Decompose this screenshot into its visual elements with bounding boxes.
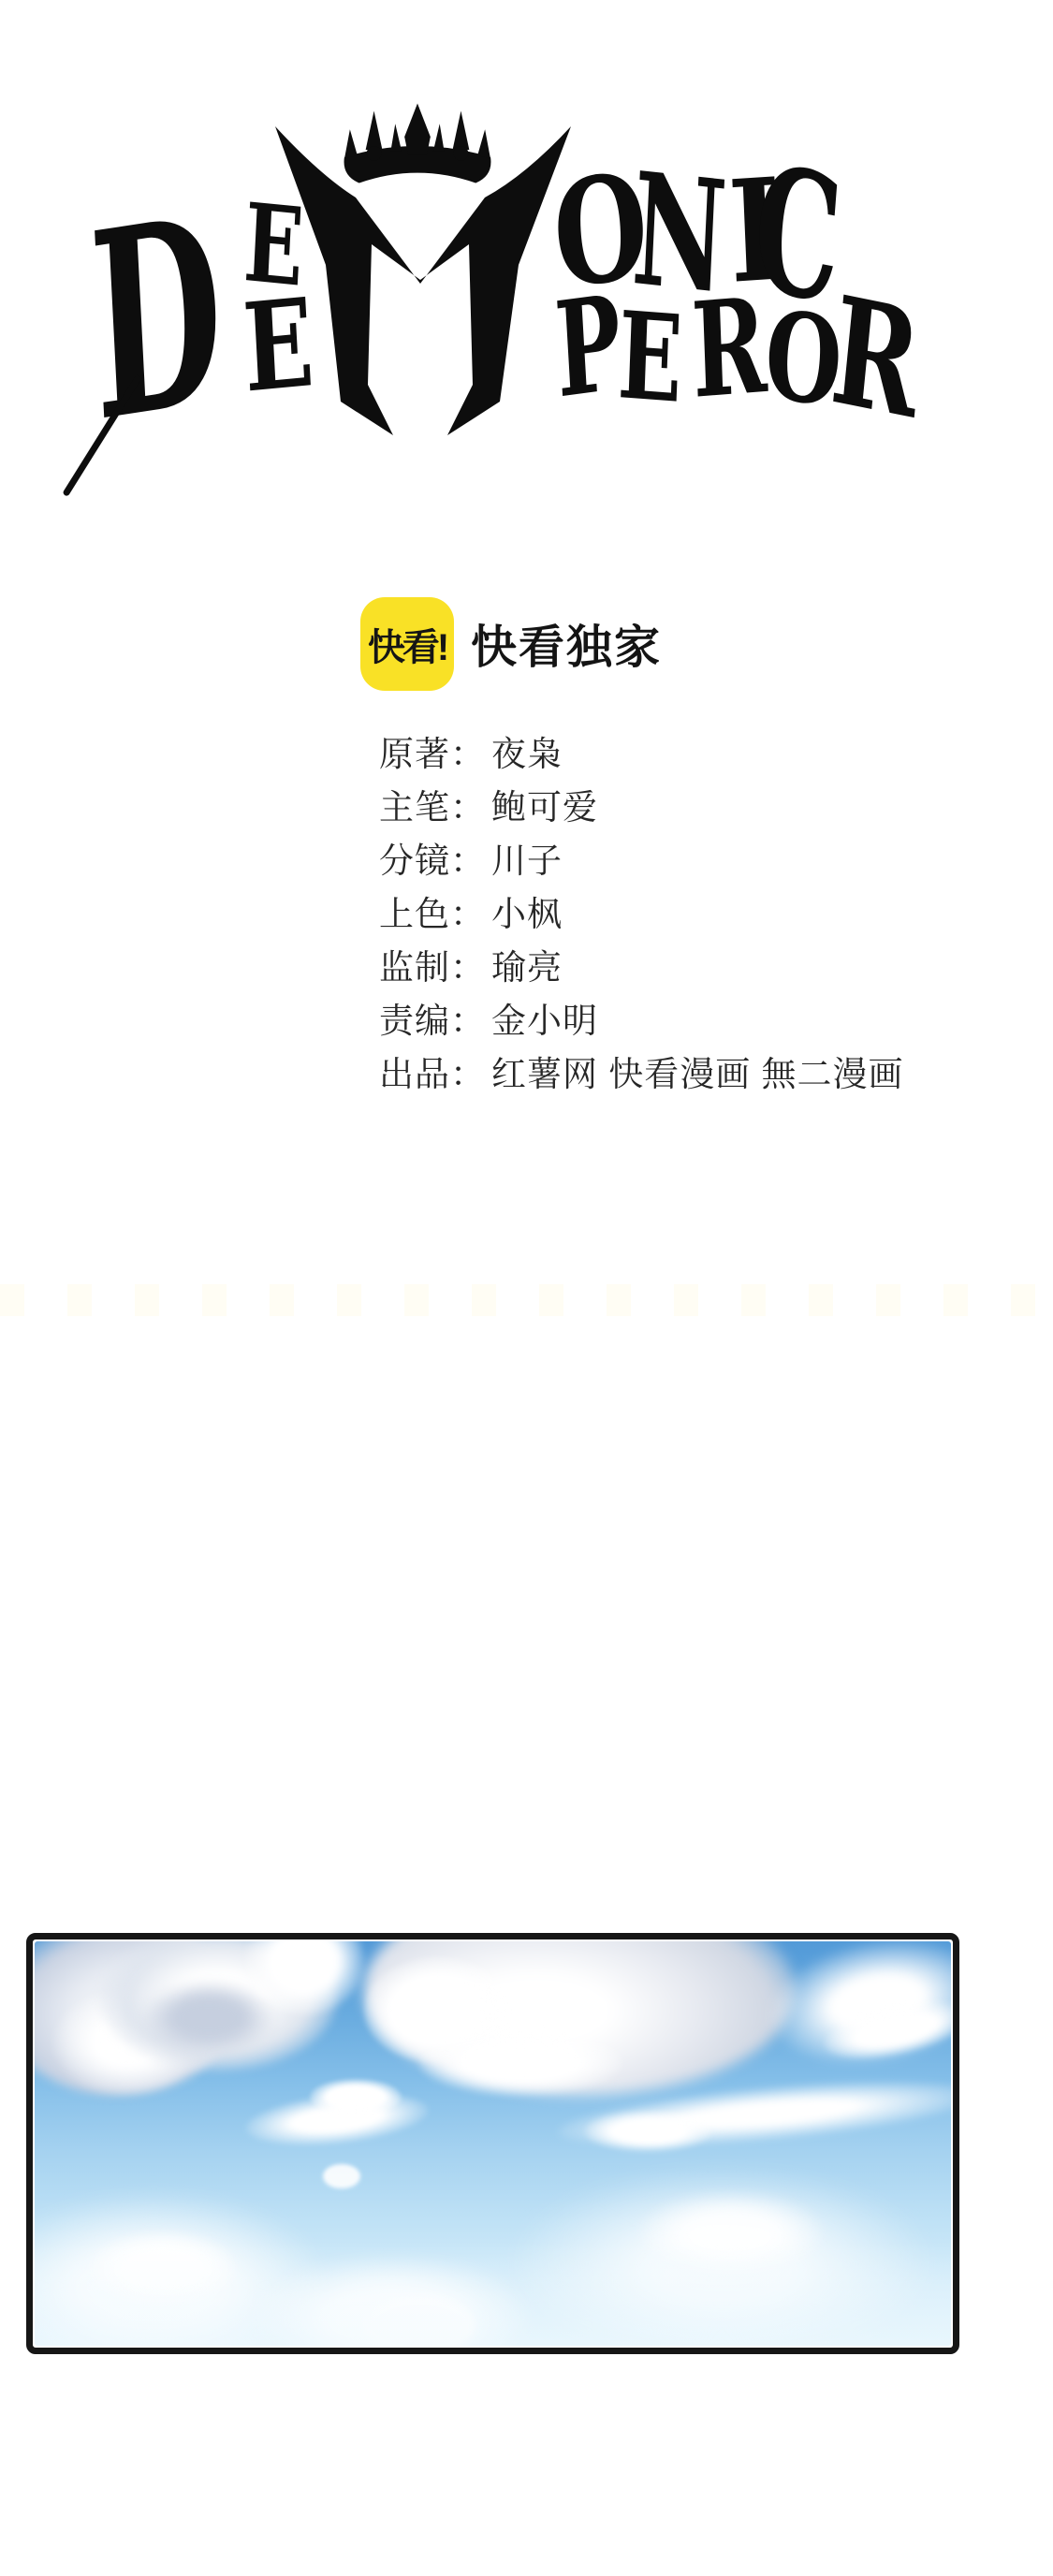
series-logo: M D E O N I C E P E R O R bbox=[86, 103, 975, 477]
kuaikan-badge-label: 快看! bbox=[368, 618, 446, 671]
credit-name: 夜枭 bbox=[491, 725, 563, 776]
sky-panel bbox=[26, 1933, 959, 2354]
credit-name: 小枫 bbox=[491, 885, 563, 936]
credit-row-coloring: 上色： 小枫 bbox=[379, 884, 904, 937]
credit-row-lead-artist: 主笔： 鲍可爱 bbox=[379, 777, 904, 830]
credit-row-supervisor: 监制： 瑜亮 bbox=[379, 937, 904, 990]
exclusive-label: 快看独家 bbox=[471, 611, 662, 677]
logo-letter: E bbox=[616, 296, 684, 420]
logo-letter: E bbox=[241, 282, 316, 410]
credit-role: 监制： bbox=[379, 939, 486, 989]
credit-row-producer: 出品： 红薯网 快看漫画 無二漫画 bbox=[379, 1044, 904, 1097]
credit-role: 主笔： bbox=[379, 779, 486, 829]
kuaikan-badge-icon: 快看! bbox=[360, 597, 454, 691]
credit-role: 上色： bbox=[379, 885, 486, 936]
cloud bbox=[584, 2111, 712, 2151]
logo-letter: R bbox=[826, 277, 926, 441]
credit-role: 原著： bbox=[379, 725, 486, 776]
sky-haze bbox=[35, 2241, 951, 2346]
credit-name: 川子 bbox=[491, 832, 563, 883]
credit-row-original-author: 原著： 夜枭 bbox=[379, 724, 904, 777]
credit-name: 金小明 bbox=[491, 992, 598, 1043]
credit-role: 出品： bbox=[379, 1046, 486, 1096]
credit-name: 鲍可爱 bbox=[491, 779, 598, 829]
faint-watermark-band bbox=[0, 1284, 1053, 1316]
cloud bbox=[144, 1982, 272, 2055]
publisher-row: 快看! 快看独家 bbox=[360, 597, 662, 691]
logo-letter-m: M bbox=[273, 126, 573, 440]
cloud bbox=[419, 2030, 621, 2095]
cloud bbox=[323, 2164, 359, 2188]
cloud bbox=[310, 2079, 402, 2115]
credits-list: 原著： 夜枭 主笔： 鲍可爱 分镜： 川子 上色： 小枫 监制： 瑜亮 责编： … bbox=[379, 724, 904, 1097]
credit-row-storyboard: 分镜： 川子 bbox=[379, 830, 904, 884]
credit-row-editor: 责编： 金小明 bbox=[379, 990, 904, 1044]
credit-role: 分镜： bbox=[379, 832, 486, 883]
logo-letter: R bbox=[690, 281, 768, 417]
credit-role: 责编： bbox=[379, 992, 486, 1043]
comic-title-page: M D E O N I C E P E R O R 快看! 快看独家 原著： 夜… bbox=[0, 0, 1053, 2576]
credit-name: 瑜亮 bbox=[491, 939, 563, 989]
logo-letter: P bbox=[552, 278, 624, 417]
sky-background bbox=[35, 1941, 951, 2346]
logo-letter: D bbox=[86, 181, 228, 457]
credit-name: 红薯网 快看漫画 無二漫画 bbox=[491, 1046, 904, 1096]
